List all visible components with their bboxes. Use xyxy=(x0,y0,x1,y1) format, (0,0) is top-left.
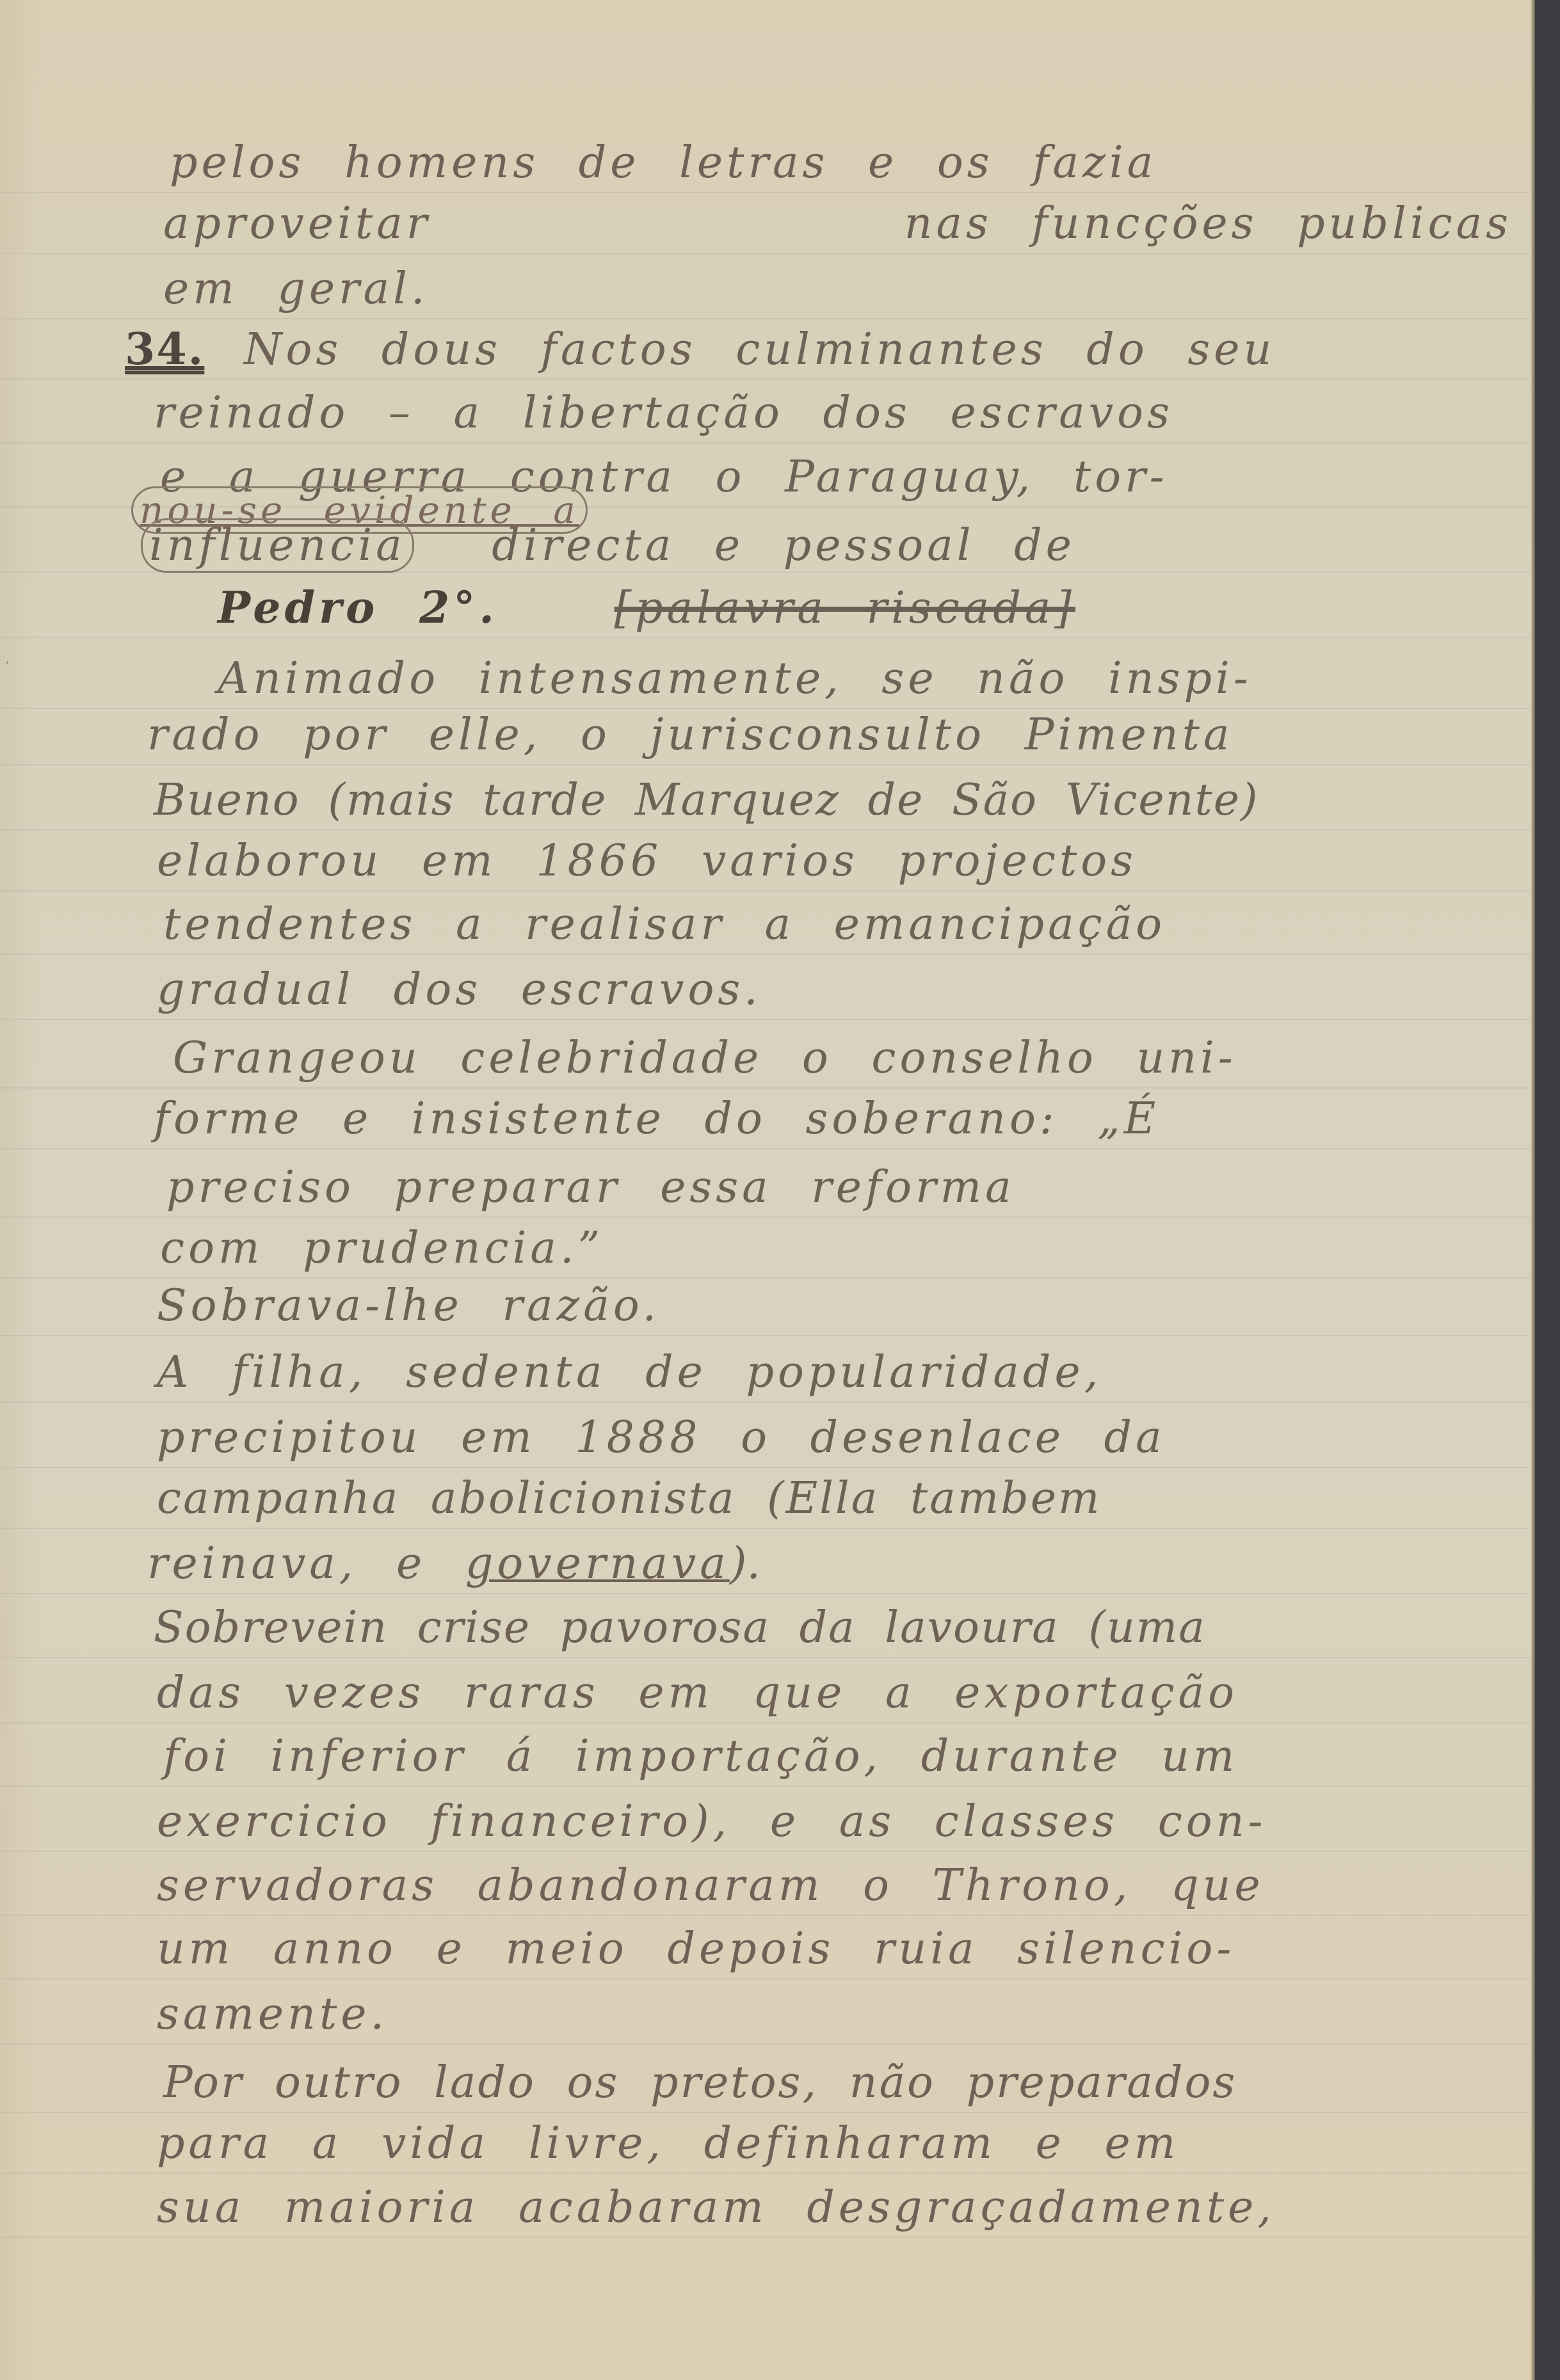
text-line: elaborou em 1866 varios projectos xyxy=(157,836,1560,900)
text-line: A filha, sedenta de popularidade, xyxy=(157,1347,1560,1411)
line-text: gradual dos escravos. xyxy=(157,964,762,1015)
text-line: aproveitar nas funcções publicas xyxy=(163,198,1560,262)
text-line: influencia directa e pessoal de xyxy=(141,518,1560,582)
line-text: para a vida livre, definharam e em xyxy=(157,2118,1179,2169)
text-line: com prudencia.” xyxy=(160,1223,1560,1287)
line-text: Sobrava-lhe razão. xyxy=(157,1281,660,1331)
section-number: 34. xyxy=(125,324,204,375)
text-line: para a vida livre, definharam e em xyxy=(157,2118,1560,2182)
text-line: foi inferior á importação, durante um xyxy=(163,1731,1560,1795)
line-text: Animado intensamente, se não inspi- xyxy=(218,653,1252,704)
text-line: Grangeou celebridade o conselho uni- xyxy=(173,1033,1560,1097)
circled-word: influencia xyxy=(141,518,414,573)
line-text: reinava, e xyxy=(147,1538,426,1589)
text-line: um anno e meio depois ruia silencio- xyxy=(157,1924,1560,1988)
line-suffix: ). xyxy=(730,1538,760,1589)
line-text: um anno e meio depois ruia silencio- xyxy=(157,1924,1235,1974)
text-line: das vezes raras em que a exportação xyxy=(157,1668,1560,1732)
text-line: sua maioria acabaram desgraçadamente, xyxy=(157,2182,1560,2246)
text-line: reinado – a libertação dos escravos xyxy=(154,388,1560,452)
text-line: exercicio financeiro), e as classes con- xyxy=(157,1796,1560,1860)
text-line: reinava, e governava). xyxy=(147,1538,1560,1602)
text-line: Sobrevein crise pavorosa da lavoura (uma xyxy=(154,1602,1560,1666)
line-text: tendentes a realisar a emancipação xyxy=(163,899,1166,950)
line-text: A filha, sedenta de popularidade, xyxy=(157,1347,1102,1398)
text-line: Sobrava-lhe razão. xyxy=(157,1281,1560,1345)
text-line: preciso preparar essa reforma xyxy=(166,1162,1560,1226)
text-line: campanha abolicionista (Ella tambem xyxy=(157,1473,1560,1537)
manuscript-page: ʼ pelos homens de letras e os fazia apro… xyxy=(0,0,1535,2380)
line-text: servadoras abandonaram o Throno, que xyxy=(157,1860,1264,1911)
text-line: pelos homens de letras e os fazia xyxy=(170,138,1560,202)
line-text: campanha abolicionista (Ella tambem xyxy=(157,1473,1102,1524)
line-text: foi inferior á importação, durante um xyxy=(163,1731,1238,1782)
line-text: samente. xyxy=(157,1989,388,2040)
line-text: directa e pessoal de xyxy=(492,520,1075,571)
line-text: com prudencia.” xyxy=(160,1223,604,1274)
text-line: Bueno (mais tarde Marquez de São Vicente… xyxy=(154,775,1560,839)
text-line: gradual dos escravos. xyxy=(157,964,1560,1028)
line-text: reinado – a libertação dos escravos xyxy=(154,388,1173,438)
text-line: forme e insistente do soberano: „É xyxy=(154,1094,1560,1158)
line-text: Bueno (mais tarde Marquez de São Vicente… xyxy=(154,775,1259,826)
line-text: aproveitar nas funcções publicas xyxy=(163,198,1512,249)
line-text: Nos dous factos culminantes do seu xyxy=(244,324,1275,375)
text-line: Por outro lado os pretos, não preparados xyxy=(163,2057,1560,2121)
line-text: forme e insistente do soberano: „É xyxy=(154,1094,1159,1144)
line-text: Pedro 2°. xyxy=(218,582,498,634)
text-line: Pedro 2°. [palavra riscada] xyxy=(218,582,1560,646)
line-text: pelos homens de letras e os fazia xyxy=(170,138,1157,188)
text-line: servadoras abandonaram o Throno, que xyxy=(157,1860,1560,1924)
line-text: exercicio financeiro), e as classes con- xyxy=(157,1796,1267,1847)
line-text: Por outro lado os pretos, não preparados xyxy=(163,2057,1237,2108)
text-line: rado por elle, o jurisconsulto Pimenta xyxy=(147,710,1560,774)
line-text: preciso preparar essa reforma xyxy=(166,1162,1015,1213)
text-line: Animado intensamente, se não inspi- xyxy=(218,653,1560,717)
text-line: tendentes a realisar a emancipação xyxy=(163,899,1560,963)
text-line: em geral. xyxy=(163,264,1560,328)
line-text: Grangeou celebridade o conselho uni- xyxy=(173,1033,1237,1083)
binding-strip xyxy=(1535,0,1560,2380)
line-text: em geral. xyxy=(163,264,429,314)
underlined-word: governava xyxy=(465,1538,730,1589)
line-text: sua maioria acabaram desgraçadamente, xyxy=(157,2182,1275,2233)
line-text: das vezes raras em que a exportação xyxy=(157,1668,1238,1718)
text-line: precipitou em 1888 o desenlace da xyxy=(157,1412,1560,1476)
text-line: samente. xyxy=(157,1989,1560,2053)
line-text: rado por elle, o jurisconsulto Pimenta xyxy=(147,710,1234,760)
line-text: elaborou em 1866 varios projectos xyxy=(157,836,1137,886)
struck-text: [palavra riscada] xyxy=(615,583,1075,634)
line-text: precipitou em 1888 o desenlace da xyxy=(157,1412,1166,1463)
margin-mark: ʼ xyxy=(5,659,14,666)
line-text: Sobrevein crise pavorosa da lavoura (uma xyxy=(154,1602,1206,1653)
text-line: 34. Nos dous factos culminantes do seu xyxy=(125,324,1560,388)
